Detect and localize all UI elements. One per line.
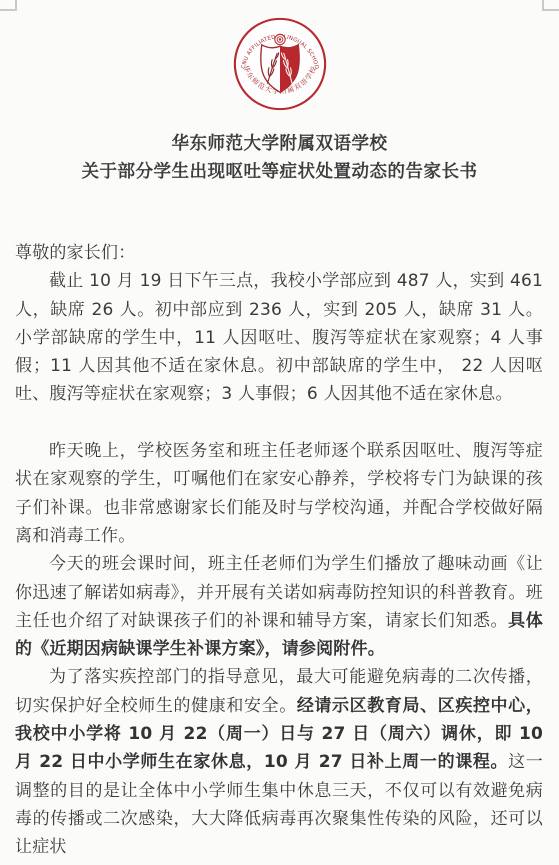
crop-corner-mark-left	[0, 0, 17, 11]
paragraph: 为了落实疾控部门的指导意见，最大可能避免病毒的二次传播，切实保护好全校师生的健康…	[15, 663, 543, 861]
paragraph: 昨天晚上，学校医务室和班主任老师逐个联系因呕吐、腹泻等症状在家观察的学生，叮嘱他…	[15, 437, 543, 550]
paragraph-segment: 今天的班会课时间，班主任老师们为学生们播放了趣味动画《让你迅速了解诺如病毒》，并…	[15, 554, 543, 631]
letter-body: 尊敬的家长们： 截止 10 月 19 日下午三点，我校小学部应到 487 人，实…	[15, 239, 543, 862]
rosette-icon	[274, 34, 284, 44]
salutation: 尊敬的家长们：	[15, 239, 543, 267]
document-title: 华东师范大学附属双语学校 关于部分学生出现呕吐等症状处置动态的告家长书	[82, 130, 478, 186]
paragraph: 截止 10 月 19 日下午三点，我校小学部应到 487 人，实到 461 人，…	[15, 267, 543, 408]
paragraph: 今天的班会课时间，班主任老师们为学生们播放了趣味动画《让你迅速了解诺如病毒》，并…	[15, 550, 543, 663]
crop-corner-mark-right	[542, 0, 559, 11]
paragraph-segment: 昨天晚上，学校医务室和班主任老师逐个联系因呕吐、腹泻等症状在家观察的学生，叮嘱他…	[15, 441, 543, 546]
title-line-2: 关于部分学生出现呕吐等症状处置动态的告家长书	[82, 158, 478, 186]
school-seal-icon: ECNU AFFILIATED BILINGUAL SCHOOL 华东师范大学附…	[232, 16, 328, 112]
paragraph-segment: 截止 10 月 19 日下午三点，我校小学部应到 487 人，实到 461 人，…	[15, 271, 543, 404]
document-header: ECNU AFFILIATED BILINGUAL SCHOOL 华东师范大学附…	[0, 0, 559, 186]
title-line-1: 华东师范大学附属双语学校	[82, 130, 478, 158]
school-logo: ECNU AFFILIATED BILINGUAL SCHOOL 华东师范大学附…	[232, 16, 328, 112]
